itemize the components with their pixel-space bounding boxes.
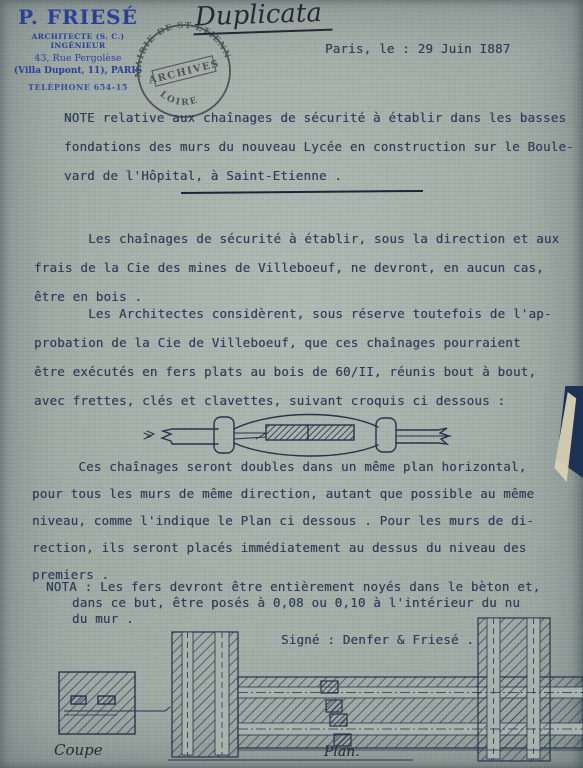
- plan-drawing: [163, 613, 583, 768]
- right-bar: [396, 430, 438, 443]
- text-line: rection, ils seront placés immédiatement…: [32, 534, 534, 561]
- splice-key: [326, 700, 342, 712]
- text-line: vard de l'Hôpital, à Saint-Etienne .: [64, 161, 574, 190]
- coupe-drawing: [55, 666, 173, 744]
- date-text: Paris, le : 29 Juin I887: [325, 41, 510, 56]
- keys-block: [266, 425, 354, 440]
- text-line: frais de la Cie des mines de Villeboeuf,…: [34, 253, 559, 282]
- text-line: NOTA : Les fers devront être entièrement…: [46, 579, 540, 595]
- right-frette: [376, 418, 396, 452]
- paragraph-1: Les chaînages de sécurité à établir, sou…: [34, 224, 559, 311]
- text-line: niveau, comme l'indique le Plan ci desso…: [32, 507, 534, 534]
- paragraph-3: Ces chaînages seront doubles dans un mêm…: [32, 453, 534, 588]
- date-line: Paris, le : 29 Juin I887: [325, 41, 510, 56]
- text-line: Ces chaînages seront doubles dans un mêm…: [32, 453, 534, 480]
- left-bar: [172, 429, 218, 444]
- fer-plat-2: [98, 696, 115, 704]
- text-line: Les Architectes considèrent, sous réserv…: [34, 299, 552, 328]
- text-line: dans ce but, être posés à 0,08 ou 0,10 à…: [46, 595, 540, 611]
- splice-key: [330, 714, 347, 726]
- text-line: être exécutés en fers plats au bois de 6…: [34, 357, 552, 386]
- text-line: probation de la Cie de Villeboeuf, que c…: [34, 328, 552, 357]
- subject-divider: [181, 190, 423, 194]
- splice-key: [321, 681, 338, 693]
- text-line: pour tous les murs de même direction, au…: [32, 480, 534, 507]
- text-line: Les chaînages de sécurité à établir, sou…: [34, 224, 559, 253]
- pointer-line: [256, 433, 266, 439]
- left-bar-break: [162, 429, 172, 444]
- left-squiggle: [144, 431, 154, 439]
- paragraph-2: Les Architectes considèrent, sous réserv…: [34, 299, 552, 415]
- document-page: P. FRIESÉ ARCHITECTE (S. C.) INGÉNIEUR 4…: [0, 0, 583, 768]
- text-line: NOTE relative aux chaînages de sécurité …: [64, 103, 574, 132]
- left-frette: [214, 417, 234, 453]
- coupe-label: Coupe: [54, 741, 103, 759]
- fer-plat-1: [71, 696, 86, 704]
- duplicata-handwriting: Duplicata: [192, 0, 332, 35]
- subject-note: NOTE relative aux chaînages de sécurité …: [64, 103, 574, 190]
- plan-label: Plan.: [324, 744, 360, 760]
- text-line: fondations des murs du nouveau Lycée en …: [64, 132, 574, 161]
